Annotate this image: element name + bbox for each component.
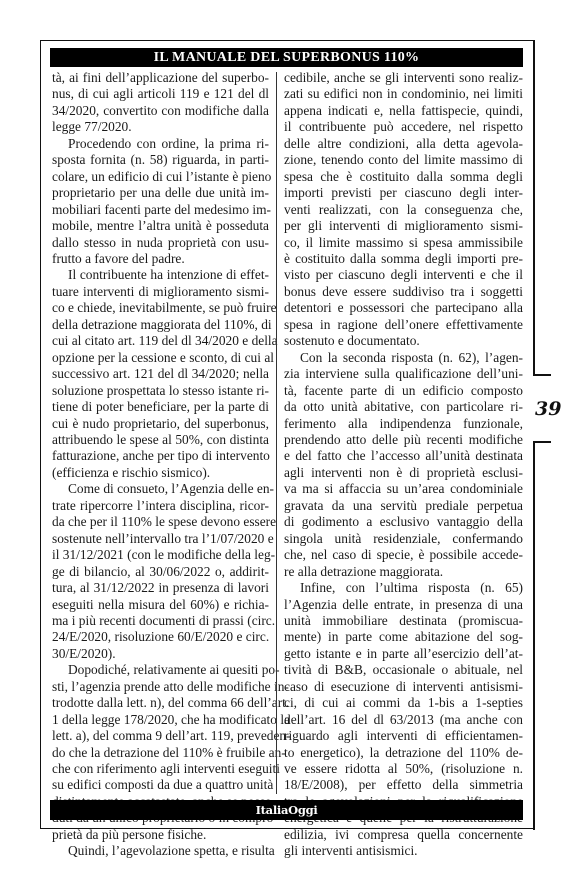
- text-line: co, il limite massimo si spesa ammissibi…: [284, 235, 523, 251]
- text-line: il contribuente può accedere, nel rispet…: [284, 119, 523, 135]
- article-paragraph: Il contribuente ha intenzione di effet-t…: [52, 267, 269, 481]
- text-line: Procedendo con ordine, la prima ri-: [52, 136, 269, 152]
- text-line: tività di B&B, occasionale o abituale, n…: [284, 662, 523, 678]
- text-line: gli interventi antisismici.: [284, 843, 523, 859]
- text-line: Infine, con l’ultima risposta (n. 65): [284, 580, 523, 596]
- text-line: da otto unità abitative, con particolare…: [284, 399, 523, 415]
- text-line: to energetico), la detrazione del 110% d…: [284, 745, 523, 761]
- text-line: ge di bilancio, al 30/06/2022 o, addirit…: [52, 564, 269, 580]
- text-line: legge 77/2020.: [52, 119, 269, 135]
- article-paragraph: Con la seconda risposta (n. 62), l’agen-…: [284, 350, 523, 580]
- text-line: della detrazione maggiorata del 110%, di: [52, 317, 269, 333]
- text-line: ma i più recenti documenti di prassi (ci…: [52, 613, 269, 629]
- section-header: IL MANUALE DEL SUPERBONUS 110%: [50, 48, 523, 67]
- text-line: Come di consueto, l’Agenzia delle en-: [52, 481, 269, 497]
- text-line: mobile, mentre l’altra unità è posseduta: [52, 218, 269, 234]
- text-line: successivo art. 121 del dl 34/2020; nell…: [52, 366, 269, 382]
- article-paragraph: tà, ai fini dell’applicazione del superb…: [52, 70, 269, 136]
- text-line: dell’art. 16 del dl 63/2013 (ma anche co…: [284, 712, 523, 728]
- text-line: sti, l’agenzia prende atto delle modific…: [52, 679, 269, 695]
- text-line: su edifici composti da due a quattro uni…: [52, 777, 269, 793]
- text-line: l’Agenzia delle entrate, in presenza di …: [284, 597, 523, 613]
- text-line: ci, di cui ai commi da 1-bis a 1-septies: [284, 695, 523, 711]
- text-line: getto istante e in parte all’esercizio d…: [284, 646, 523, 662]
- text-line: zati su edifici non in condominio, nei l…: [284, 86, 523, 102]
- text-line: ferimento alla indipendenza funzionale,: [284, 416, 523, 432]
- text-line: prietà da più persone fisiche.: [52, 827, 269, 843]
- text-line: Quindi, l’agevolazione spetta, e risulta: [52, 843, 269, 859]
- text-line: trodotte dalla lett. n), del comma 66 de…: [52, 695, 269, 711]
- text-line: tiene di poter beneficiare, per la parte…: [52, 399, 269, 415]
- text-line: spesa in ragione dell’onere effettivamen…: [284, 317, 523, 333]
- text-line: edilizia, ivi compresa quella concernent…: [284, 827, 523, 843]
- text-line: eseguiti nella misura del 60%) e richia-: [52, 597, 269, 613]
- text-line: che con riferimento agli interventi eseg…: [52, 761, 269, 777]
- article-paragraph: cedibile, anche se gli interventi sono r…: [284, 70, 523, 350]
- text-line: delle altre condizioni, alla detta agevo…: [284, 136, 523, 152]
- text-line: gravata da una servitù prediale perpetua: [284, 498, 523, 514]
- text-line: Dopodiché, relativamente ai quesiti po-: [52, 662, 269, 678]
- text-line: 24/E/2020, risoluzione 60/E/2020 e circ.: [52, 629, 269, 645]
- text-line: sostenuto e documentato.: [284, 333, 523, 349]
- text-line: da che per il 110% le spese devono esser…: [52, 514, 269, 530]
- text-line: sostenute nell’intervallo tra l’1/07/202…: [52, 531, 269, 547]
- text-line: spesa che è costituito dalla somma degli: [284, 169, 523, 185]
- column-divider: [276, 72, 277, 794]
- text-line: agli interventi non è di proprietà esclu…: [284, 465, 523, 481]
- text-line: zia interviene sulla qualificazione dell…: [284, 366, 523, 382]
- text-line: dallo stesso in nuda proprietà con usu-: [52, 235, 269, 251]
- text-line: fatturazione, anche per tipo di interven…: [52, 448, 269, 464]
- text-line: Con la seconda risposta (n. 62), l’agen-: [284, 350, 523, 366]
- text-line: frutto a favore del padre.: [52, 251, 269, 267]
- text-line: è costituito dalla somma degli importi p…: [284, 251, 523, 267]
- text-line: soluzione prospettata lo stesso istante …: [52, 383, 269, 399]
- text-line: che, nel caso di specie, è possibile acc…: [284, 547, 523, 563]
- text-line: ve essere ridotta al 50%, (risoluzione n…: [284, 761, 523, 777]
- text-line: co e chiede, inevitabilmente, se può fru…: [52, 300, 269, 316]
- text-line: va ma si affaccia su un’area condominial…: [284, 481, 523, 497]
- text-line: proprietario per una delle due unità im-: [52, 185, 269, 201]
- text-line: trate ripercorre l’intera disciplina, ri…: [52, 498, 269, 514]
- text-line: riguardo agli interventi di efficientame…: [284, 728, 523, 744]
- text-line: 34/2020, convertito con modifiche dalla: [52, 103, 269, 119]
- article-column-left: tà, ai fini dell’applicazione del superb…: [52, 70, 269, 860]
- publisher-footer: ItaliaOggi: [50, 800, 523, 820]
- text-line: 30/E/2020).: [52, 646, 269, 662]
- article-column-right: cedibile, anche se gli interventi sono r…: [284, 70, 523, 860]
- text-line: colare, un edificio di cui l’istante è p…: [52, 169, 269, 185]
- text-line: visto per ciascuno degli interventi e ch…: [284, 267, 523, 283]
- article-paragraph: Quindi, l’agevolazione spetta, e risulta: [52, 843, 269, 859]
- text-line: appena indicati e, nella fattispecie, qu…: [284, 103, 523, 119]
- text-line: per gli interventi di miglioramento sism…: [284, 218, 523, 234]
- text-line: e del fatto che l’accesso all’unità dest…: [284, 448, 523, 464]
- text-line: detentori e possessori che partecipano a…: [284, 300, 523, 316]
- text-line: bonus deve essere suddiviso tra i sogget…: [284, 284, 523, 300]
- text-line: mobiliari facenti parte del medesimo im-: [52, 202, 269, 218]
- text-line: mente) in parte come abitazione del sog-: [284, 629, 523, 645]
- text-line: 1 della legge 178/2020, che ha modificat…: [52, 712, 269, 728]
- text-line: prendendo atto delle più recenti modific…: [284, 432, 523, 448]
- text-line: tura, al 31/12/2022 in presenza di lavor…: [52, 580, 269, 596]
- text-line: singola unità residenziale, confermando: [284, 531, 523, 547]
- text-line: attribuendo le spese al 50%, con distint…: [52, 432, 269, 448]
- text-line: (efficienza e rischio sismico).: [52, 465, 269, 481]
- page-number-bracket-bottom: [533, 441, 551, 443]
- text-line: tuare interventi di miglioramento sismi-: [52, 284, 269, 300]
- text-line: Il contribuente ha intenzione di effet-: [52, 267, 269, 283]
- text-line: re alla detrazione maggiorata.: [284, 564, 523, 580]
- text-line: caso di esecuzione di interventi antisis…: [284, 679, 523, 695]
- text-line: nus, di cui agli articoli 119 e 121 del …: [52, 86, 269, 102]
- text-line: cui al citato art. 119 del dl 34/2020 e …: [52, 333, 269, 349]
- text-line: importi previsti per ciascuno degli inte…: [284, 185, 523, 201]
- article-paragraph: Procedendo con ordine, la prima ri-spost…: [52, 136, 269, 268]
- text-line: il 31/12/2021 (con le modifiche della le…: [52, 547, 269, 563]
- text-line: cui è nudo proprietario, del superbonus,: [52, 416, 269, 432]
- text-line: cedibile, anche se gli interventi sono r…: [284, 70, 523, 86]
- text-line: di godimento a esclusivo vantaggio della: [284, 514, 523, 530]
- page-number-bracket-top: [533, 374, 551, 376]
- text-line: unità immobiliare destinata (promiscua-: [284, 613, 523, 629]
- text-line: do che la detrazione del 110% è fruibile…: [52, 745, 269, 761]
- text-line: venti realizzati, con la conseguenza che…: [284, 202, 523, 218]
- text-line: tà, ai fini dell’applicazione del superb…: [52, 70, 269, 86]
- text-line: 18/E/2008), per effetto della simmetria: [284, 777, 523, 793]
- frame-right-border-top: [533, 40, 535, 375]
- text-line: sposta fornita (n. 58) riguarda, in part…: [52, 152, 269, 168]
- page-number: 39: [535, 398, 565, 420]
- frame-right-border-bottom: [533, 441, 535, 830]
- text-line: lett. a), del comma 9 dell’art. 119, pre…: [52, 728, 269, 744]
- text-line: zione, tenendo conto del limite massimo …: [284, 152, 523, 168]
- text-line: opzione per la cessione e sconto, di cui…: [52, 350, 269, 366]
- text-line: tà, facente parte di un edificio compost…: [284, 383, 523, 399]
- article-paragraph: Come di consueto, l’Agenzia delle en-tra…: [52, 481, 269, 662]
